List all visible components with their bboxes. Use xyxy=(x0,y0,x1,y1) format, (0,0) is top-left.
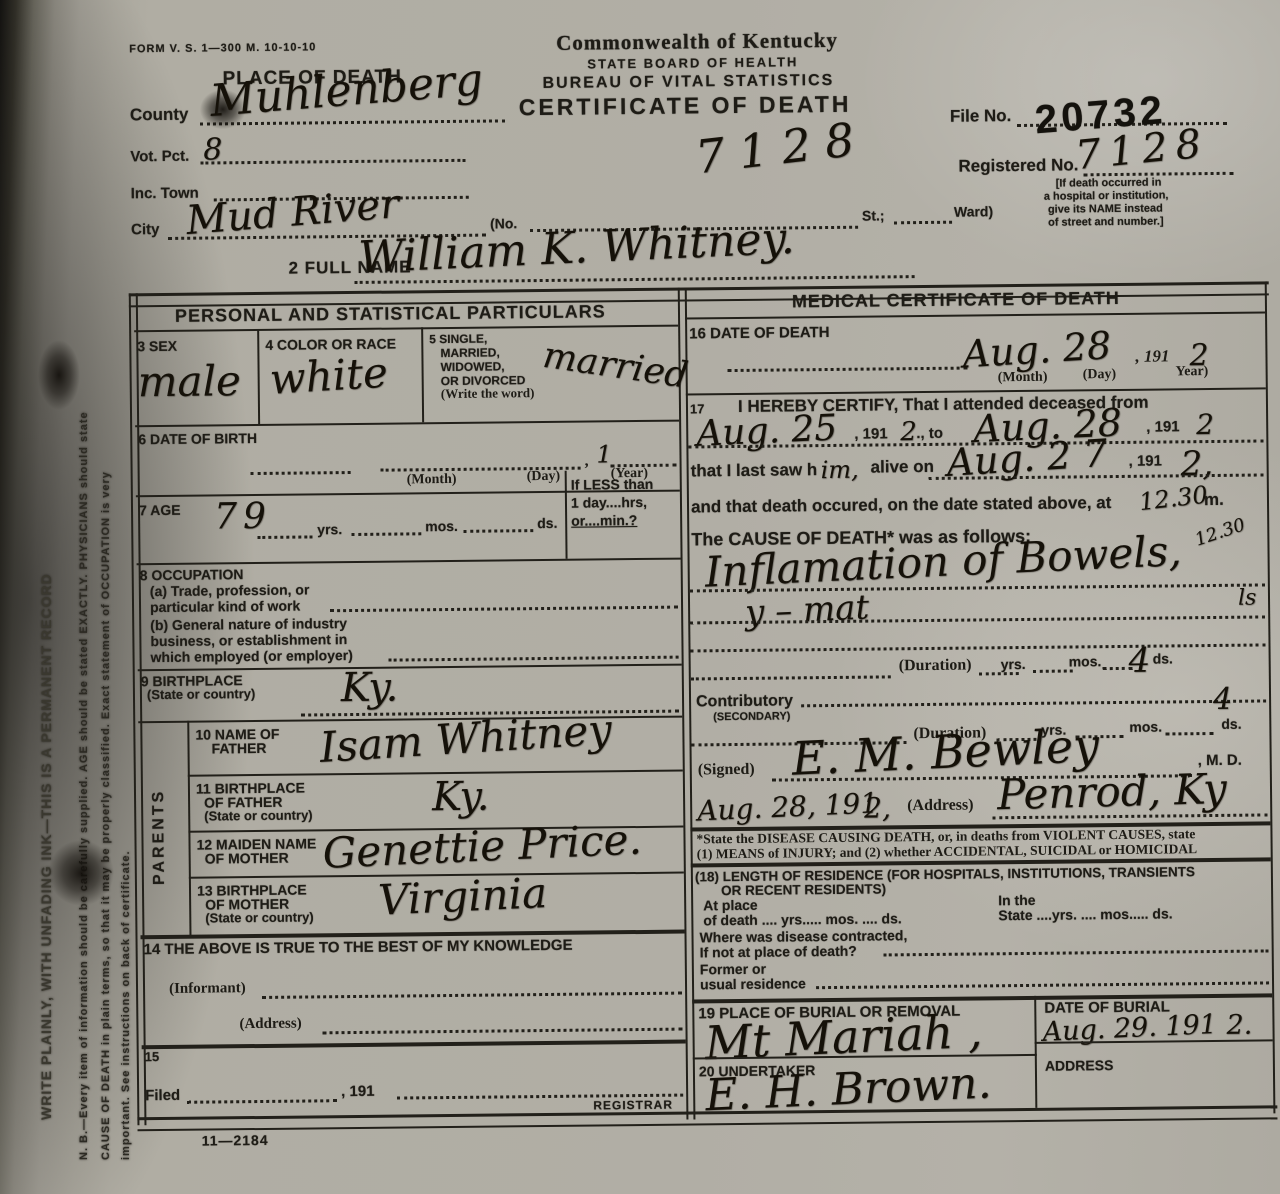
duration-label: (Duration) xyxy=(899,657,972,676)
occupation-a-line1: (a) Trade, profession, or xyxy=(150,581,310,599)
age-yrs-label: yrs. xyxy=(317,521,342,537)
rule xyxy=(135,420,679,428)
certificate-content: FORM V. S. 1—300 M. 10-10-10 PLACE OF DE… xyxy=(0,0,1280,1194)
age-value: 79 xyxy=(214,496,272,538)
at-place-units: of death .... yrs..... mos. .... ds. xyxy=(703,910,902,928)
parents-label: PARENTS xyxy=(150,789,169,885)
hospital-note-line4: of street and number.] xyxy=(1048,215,1164,228)
marital-label-2: MARRIED, xyxy=(440,345,499,360)
duration-dots-2 xyxy=(1033,667,1073,672)
duration-mos-label: mos. xyxy=(1069,653,1102,669)
registrar-label: REGISTRAR xyxy=(593,1098,673,1113)
vot-pct-value: 8 xyxy=(203,132,222,167)
birthplace-value: Ky. xyxy=(341,665,399,712)
age-label: 7 AGE xyxy=(139,502,181,518)
marital-note: (Write the word) xyxy=(441,385,535,402)
street-label: St.; xyxy=(862,207,885,223)
county-value: Muhlenberg xyxy=(208,54,485,127)
vot-pct-label: Vot. Pct. xyxy=(130,148,189,166)
age-dots-1 xyxy=(257,533,312,539)
hospital-note-line1: [If death occurred in xyxy=(1056,177,1162,190)
rule xyxy=(138,664,682,672)
cause-dots-3 xyxy=(690,641,1265,652)
cell-divider xyxy=(421,327,424,422)
if-less-line2: 1 day....hrs, xyxy=(571,494,647,511)
dod-year-label: Year) xyxy=(1176,364,1209,380)
contributory-dots xyxy=(801,697,1266,707)
contributory-mark: 4 xyxy=(1213,682,1232,717)
cell-divider xyxy=(565,471,568,559)
center-registry-number: 7128 xyxy=(693,111,871,185)
parents-inner-divider xyxy=(187,721,191,937)
age-dots-3 xyxy=(463,527,533,533)
rule xyxy=(685,311,1265,319)
contributory-mos-label: mos. xyxy=(1129,719,1162,735)
informant-address-dots xyxy=(322,1026,682,1035)
item-15-number: 15 xyxy=(145,1049,160,1064)
sex-label: 3 SEX xyxy=(137,338,177,354)
former-dots xyxy=(816,979,1269,989)
cause-line2-value: y – mat xyxy=(744,587,870,633)
certify-year2-printed: , 191 xyxy=(1146,418,1180,435)
in-the-label: In the xyxy=(998,892,1036,908)
certify-occurred-label: and that death occured, on the date stat… xyxy=(691,493,1112,517)
state-units: State ....yrs. .... mos..... ds. xyxy=(998,905,1172,923)
certify-saw-him: im, xyxy=(821,456,859,484)
duration-ds-label: ds. xyxy=(1153,650,1173,666)
occupation-a-line2: particular kind of work xyxy=(150,598,300,616)
rule-heavy xyxy=(692,993,1272,1003)
death-time-value: 12.30 xyxy=(1138,481,1209,517)
former-label-line2: usual residence xyxy=(700,975,806,992)
certify-year3-printed: , 191 xyxy=(1128,453,1162,470)
physician-address-value: Penrod, Ky xyxy=(996,764,1227,819)
burial-divider xyxy=(1034,996,1037,1108)
dod-month-label: (Month) xyxy=(998,370,1048,387)
residence-label-line1: (18) LENGTH OF RESIDENCE (FOR HOSPITALS,… xyxy=(695,864,1195,884)
filed-dots-1 xyxy=(187,1097,337,1104)
left-border xyxy=(129,293,147,1125)
dod-year-printed: , 191 xyxy=(1135,346,1169,366)
dob-label: 6 DATE OF BIRTH xyxy=(138,430,257,447)
father-name-label2: FATHER xyxy=(211,740,266,757)
rule xyxy=(137,558,681,566)
contributory-label: Contributory xyxy=(696,692,793,711)
city-label: City xyxy=(131,221,160,238)
occupation-a-dots xyxy=(330,604,678,613)
contributory-secondary-label: (SECONDARY) xyxy=(713,710,790,723)
marital-label-3: WIDOWED, xyxy=(440,359,504,374)
certify-to-label: ., to xyxy=(916,425,943,442)
occupation-b-dots xyxy=(389,654,679,662)
hospital-note-line3: give its NAME instead xyxy=(1048,203,1163,216)
contracted-label-line2: If not at place of death? xyxy=(700,943,857,961)
certify-saw-label: that I last saw h xyxy=(691,460,818,481)
physician-address-label: (Address) xyxy=(907,797,974,816)
dod-dots xyxy=(728,365,968,373)
contracted-dots xyxy=(884,947,1269,956)
signed-date-value: Aug. 28, 191 xyxy=(697,786,879,827)
form-print-code: 11—2184 xyxy=(202,1132,269,1149)
certify-year1-printed: , 191 xyxy=(854,425,888,442)
hospital-note-line2: a hospital or institution, xyxy=(1044,189,1169,202)
cell-divider xyxy=(257,329,260,424)
form-number: FORM V. S. 1—300 M. 10-10-10 xyxy=(129,41,316,55)
marital-value: married xyxy=(540,335,690,397)
certificate-title: CERTIFICATE OF DEATH xyxy=(519,91,852,121)
informant-address-label: (Address) xyxy=(239,1016,301,1034)
dod-day-label: (Day) xyxy=(1083,367,1117,383)
occupation-label: 8 OCCUPATION xyxy=(140,566,244,583)
sex-value: male xyxy=(137,356,241,406)
dob-dotted-line-1 xyxy=(251,469,351,475)
at-place-label: At place xyxy=(703,897,758,914)
scanned-death-certificate: WRITE PLAINLY, WITH UNFADING INK—THIS IS… xyxy=(0,0,1280,1194)
cause-time-scribble: 12.30 xyxy=(1192,514,1248,550)
street-dotted-line xyxy=(894,219,952,225)
if-less-line3: or....min.? xyxy=(571,512,637,529)
filed-label: Filed xyxy=(145,1087,180,1104)
bureau-label: BUREAU OF VITAL STATISTICS xyxy=(542,72,834,93)
father-bp-value: Ky. xyxy=(432,774,490,821)
informant-label: (Informant) xyxy=(169,980,246,998)
color-race-value: white xyxy=(268,348,389,404)
state-board-label: STATE BOARD OF HEALTH xyxy=(587,54,798,71)
mother-name-label2: OF MOTHER xyxy=(205,850,289,867)
date-of-death-label: 16 DATE OF DEATH xyxy=(689,324,829,342)
attest-statement: 14 THE ABOVE IS TRUE TO THE BEST OF MY K… xyxy=(144,937,573,958)
duration-dots-0 xyxy=(691,673,891,680)
dob-month-label: (Month) xyxy=(407,472,457,489)
occupation-b-line3: which employed (or employer) xyxy=(150,647,352,665)
rule-heavy xyxy=(142,1040,686,1050)
dob-day-label: (Day) xyxy=(527,469,561,485)
if-less-line1: If LESS than xyxy=(571,476,654,493)
age-dots-2 xyxy=(351,530,421,536)
cause-scribble-2: ls xyxy=(1238,586,1257,611)
certify-year2-digit: 2 xyxy=(1196,408,1214,441)
certify-alive-label: alive on xyxy=(871,457,935,478)
undertaker-address-label: ADDRESS xyxy=(1045,1057,1114,1074)
right-border xyxy=(1265,281,1276,1113)
registered-no-label: Registered No. xyxy=(958,155,1078,176)
full-name-value: William K. Whitney. xyxy=(357,213,795,284)
duration-yrs-label: yrs. xyxy=(1001,656,1026,672)
certify-year3-digit: 2, xyxy=(1180,444,1213,484)
contributory-ds-label: ds. xyxy=(1221,716,1241,732)
signed-label: (Signed) xyxy=(698,761,755,780)
commonwealth-title: Commonwealth of Kentucky xyxy=(556,28,838,56)
file-no-label: File No. xyxy=(950,106,1012,127)
dob-year-digit: 1 xyxy=(596,440,612,468)
certify-m-label: m. xyxy=(1204,490,1224,510)
dob-comma: , xyxy=(584,453,588,471)
father-bp-note: (State or country) xyxy=(204,807,312,823)
birthplace-note: (State or country) xyxy=(147,686,255,702)
age-ds-label: ds. xyxy=(537,515,557,531)
date-of-burial-digit: 2. xyxy=(1226,1010,1252,1041)
mother-bp-value: Virginia xyxy=(377,868,548,925)
vot-pct-dotted-line xyxy=(200,157,465,165)
age-mos-label: mos. xyxy=(425,518,458,534)
signed-date-digit: 2, xyxy=(864,791,891,824)
ward-label: Ward) xyxy=(954,203,993,219)
county-label: County xyxy=(130,105,189,126)
marital-label-1: 5 SINGLE, xyxy=(429,332,487,347)
filed-year-printed: , 191 xyxy=(341,1083,375,1100)
informant-dots xyxy=(262,990,682,999)
mother-bp-note: (State or country) xyxy=(205,909,313,925)
residence-label-line2: OR RECENT RESIDENTS) xyxy=(721,881,886,898)
personal-section-title: PERSONAL AND STATISTICAL PARTICULARS xyxy=(175,301,606,327)
contributory-duration-dots3 xyxy=(1165,730,1213,736)
medical-section-title: MEDICAL CERTIFICATE OF DEATH xyxy=(792,288,1120,312)
duration-days-value: 4 xyxy=(1128,641,1150,681)
mother-name-value: Genettie Price. xyxy=(322,814,643,877)
